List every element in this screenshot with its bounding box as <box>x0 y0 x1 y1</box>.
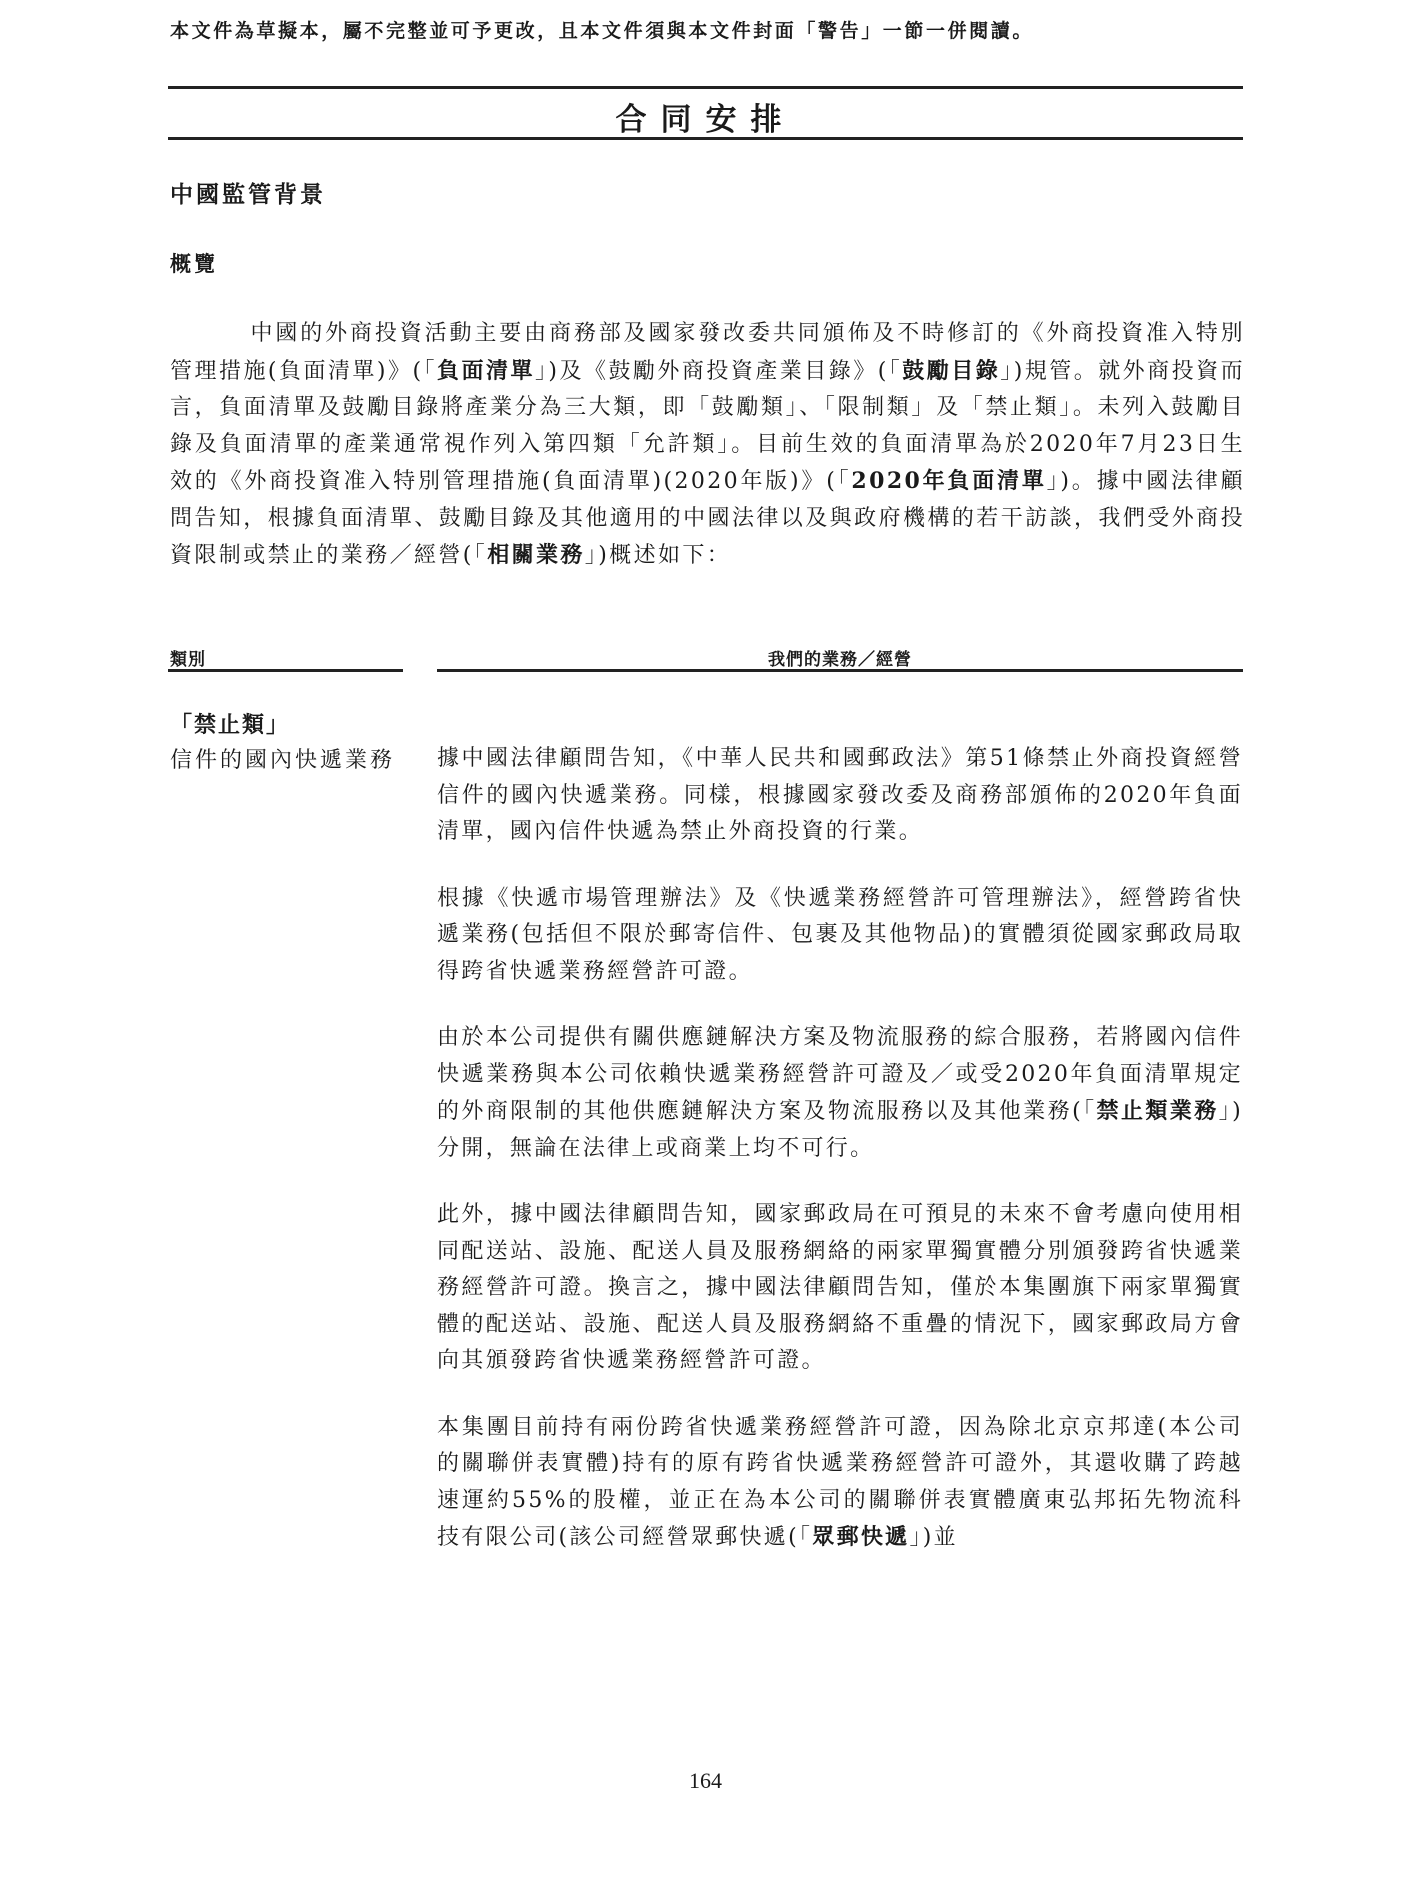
business-paragraph: 根據《快遞市場管理辦法》及《快遞業務經營許可管理辦法》，經營跨省快遞業務(包括但… <box>437 881 1243 991</box>
defined-term: 2020年負面清單 <box>851 468 1046 494</box>
title-rule-bottom <box>168 137 1243 140</box>
paragraph-text: 此外，據中國法律顧問告知，國家郵政局在可預見的未來不會考慮向使用相同配送站、設施… <box>437 1202 1243 1373</box>
category-description: 信件的國內快遞業務 <box>170 743 395 780</box>
section-subheading: 概覽 <box>170 248 218 278</box>
paragraph-text: 根據《快遞市場管理辦法》及《快遞業務經營許可管理辦法》，經營跨省快遞業務(包括但… <box>437 886 1243 984</box>
table-header-rule-right <box>437 669 1243 672</box>
section-heading: 中國監管背景 <box>170 176 326 209</box>
intro-text: 」)概述如下： <box>585 543 731 568</box>
draft-notice: 本文件為草擬本，屬不完整並可予更改，且本文件須與本文件封面「警告」一節一併閱讀。 <box>170 16 1250 43</box>
defined-term: 眾郵快遞 <box>812 1524 909 1550</box>
table-header-business: 我們的業務／經營 <box>437 645 1243 670</box>
intro-text: 」)及《鼓勵外商投資產業目錄》(「 <box>535 359 902 384</box>
business-description: 據中國法律顧問告知，《中華人民共和國郵政法》第51條禁止外商投資經營信件的國內快… <box>437 741 1243 1587</box>
business-paragraph: 由於本公司提供有關供應鏈解決方案及物流服務的綜合服務，若將國內信件快遞業務與本公… <box>437 1020 1243 1167</box>
business-paragraph: 據中國法律顧問告知，《中華人民共和國郵政法》第51條禁止外商投資經營信件的國內快… <box>437 741 1243 851</box>
defined-term: 鼓勵目錄 <box>902 358 1000 384</box>
category-label: 「禁止類」 <box>170 708 290 739</box>
paragraph-text: 據中國法律顧問告知，《中華人民共和國郵政法》第51條禁止外商投資經營信件的國內快… <box>437 746 1243 844</box>
document-page: 本文件為草擬本，屬不完整並可予更改，且本文件須與本文件封面「警告」一節一併閱讀。… <box>0 0 1411 1881</box>
paragraph-text: 」)並 <box>909 1525 957 1550</box>
table-header-category: 類別 <box>170 645 206 670</box>
business-paragraph: 此外，據中國法律顧問告知，國家郵政局在可預見的未來不會考慮向使用相同配送站、設施… <box>437 1197 1243 1380</box>
chapter-title: 合同安排 <box>168 94 1243 139</box>
defined-term: 相關業務 <box>487 542 585 568</box>
page-number: 164 <box>0 1768 1411 1794</box>
business-paragraph: 本集團目前持有兩份跨省快遞業務經營許可證，因為除北京京邦達(本公司的關聯併表實體… <box>437 1410 1243 1557</box>
defined-term: 禁止類業務 <box>1097 1098 1219 1124</box>
table-header-rule-left <box>168 669 403 672</box>
intro-paragraph: 中國的外商投資活動主要由商務部及國家發改委共同頒佈及不時修訂的《外商投資准入特別… <box>170 316 1245 575</box>
title-rule-top <box>168 86 1243 89</box>
defined-term: 負面清單 <box>437 358 535 384</box>
